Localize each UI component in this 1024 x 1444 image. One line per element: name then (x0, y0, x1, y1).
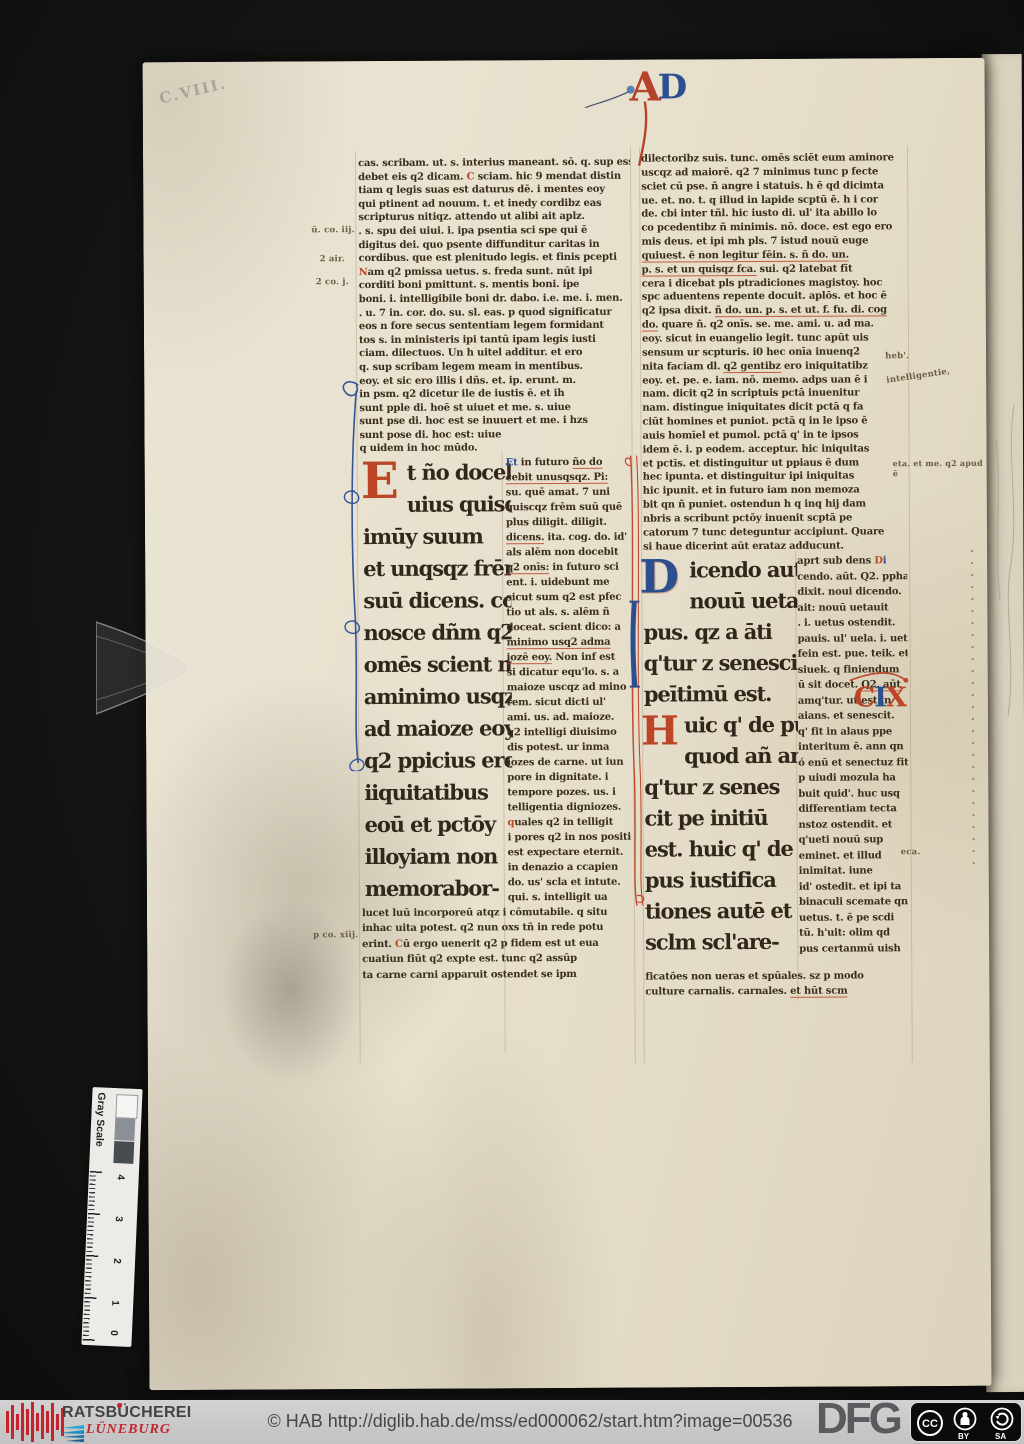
library-city: LÜNEBURG (86, 1422, 171, 1438)
ruler-mark: 1 (109, 1300, 120, 1306)
margin-note: eta. et me. q2 apud ē (893, 458, 989, 479)
column-a-lemma-text: t ño docebituius quisqz primūy suumet un… (363, 456, 513, 905)
margin-note: heb'. (885, 351, 909, 361)
cc-sa-label: SA (995, 1432, 1006, 1441)
folio-flourish (846, 668, 910, 686)
margin-note: 2 air. (320, 254, 346, 264)
margin-note: p co. xiij. (313, 930, 358, 940)
initial-h-red: H (641, 707, 679, 754)
margin-note: 2 co. j. (316, 277, 349, 287)
column-b-commentary-top: dilectoribz suis. tunc. omēs sciēt eum a… (641, 151, 907, 554)
credit-url: © HAB http://diglib.hab.de/mss/ed000062/… (240, 1411, 820, 1432)
column-a-gloss: Et in futuro ño docebit unusqsqz. Pi:su.… (506, 455, 632, 906)
dfg-logo: DFG (816, 1394, 900, 1444)
manuscript-page: C.VIII. A D cas. scribam. ut. s. interiu… (143, 58, 992, 1390)
book-fan-icon (58, 1422, 86, 1442)
svg-text:CC: CC (922, 1418, 938, 1430)
page-edge-scribbles (986, 400, 1024, 720)
showthrough-inscription: C.VIII. (158, 74, 229, 107)
grayscale-patch-mid (114, 1118, 135, 1141)
folio-c: C (854, 682, 875, 713)
cc-by-icon (952, 1406, 978, 1432)
cc-by-label: BY (958, 1432, 969, 1441)
column-a-commentary-top: cas. scribam. ut. s. interius maneant. s… (358, 156, 632, 456)
grayscale-patch-dark (113, 1141, 134, 1164)
column-b-gloss: aprt sub dens Dicendo. aūt. Q2. pphadixi… (797, 553, 909, 957)
ruler-mark: 2 (111, 1258, 122, 1264)
cc-license-badge: CC BY SA (910, 1402, 1022, 1442)
cc-sa-icon (989, 1406, 1015, 1432)
column-a-commentary-bottom: lucet luū incorporeū atqz i cōmutabile. … (362, 905, 636, 983)
folio-number: CIX (854, 682, 906, 713)
photo-stage: C.VIII. A D cas. scribam. ut. s. interiu… (0, 0, 1024, 1444)
library-name: RATSBÜCHEREI (62, 1404, 192, 1422)
cc-icon: CC (915, 1408, 945, 1438)
running-header-letter-d: D (658, 67, 688, 107)
ruler-mark: 0 (108, 1330, 119, 1336)
blue-penwork-flourish (334, 371, 370, 771)
ruler-mark: 4 (115, 1174, 126, 1180)
grayscale-patch-white (115, 1094, 138, 1119)
pricking-dots (971, 550, 975, 868)
umlaut-dot-decor (117, 1403, 122, 1408)
grayscale-label: Gray Scale (92, 1092, 108, 1182)
page-holder-clip (96, 606, 208, 722)
margin-note: eca. (901, 847, 921, 857)
library-logo-bars-icon (6, 1402, 64, 1442)
ruler-mark: 3 (113, 1216, 124, 1222)
margin-note: ū. co. iij. (311, 225, 354, 235)
footer-bar: RATSBÜCHEREI LÜNEBURG © HAB http://digli… (0, 1400, 1024, 1444)
column-b-lemma-text: icendo autēnouū uetauitpus. qz a ātiq'tu… (643, 554, 799, 958)
folio-x: X (886, 682, 906, 713)
ruler-ticks-major (83, 1171, 102, 1341)
red-penwork-divider (623, 452, 647, 910)
grayscale-ruler: Gray Scale 4 3 2 1 0 (81, 1087, 142, 1347)
column-b-commentary-bottom: ficatōes non ueras et spūales. sz p modo… (645, 968, 911, 999)
folio-i: I (874, 682, 886, 713)
